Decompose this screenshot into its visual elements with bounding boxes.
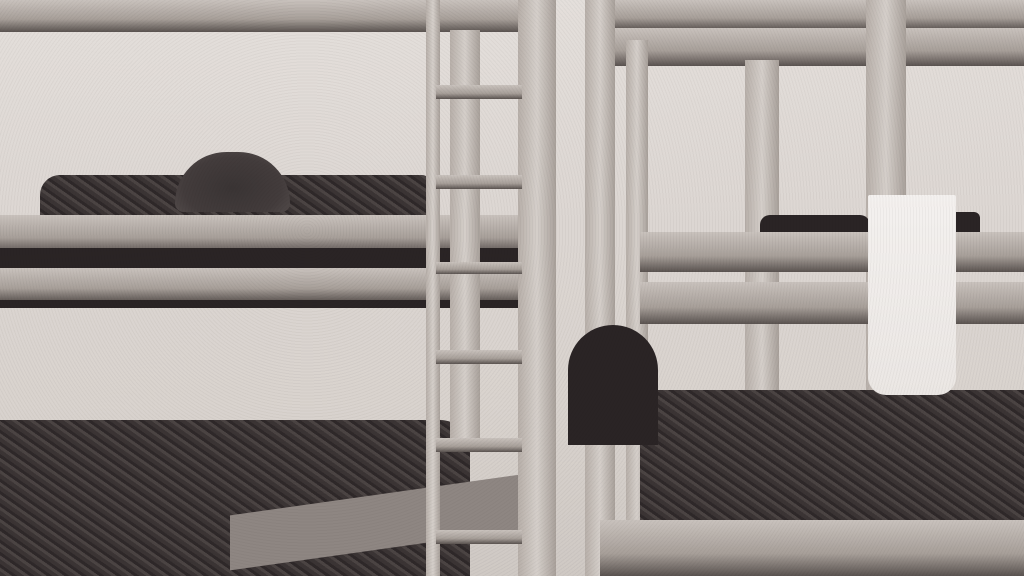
top-crossbeam-right xyxy=(600,28,1024,66)
ladder-rung-5 xyxy=(436,438,522,452)
ladder-rung-6 xyxy=(436,530,522,544)
ladder-rung-4 xyxy=(436,350,522,364)
ladder-rung-2 xyxy=(436,175,522,189)
photograph xyxy=(0,0,1024,576)
top-rail-left xyxy=(0,0,520,32)
ladder-rung-1 xyxy=(436,85,522,99)
bottom-rail-right xyxy=(600,520,1024,576)
middle-rail-shadow xyxy=(0,300,520,308)
jacket-on-post xyxy=(568,325,658,445)
top-rail-right xyxy=(590,0,1024,30)
upper-bunk-rail-right xyxy=(640,232,1024,272)
right-post-1 xyxy=(585,0,615,576)
middle-rail-right xyxy=(640,282,1024,324)
ladder-right-rail xyxy=(518,0,556,576)
hanging-towel xyxy=(868,195,956,395)
ladder-rung-3 xyxy=(436,262,522,274)
